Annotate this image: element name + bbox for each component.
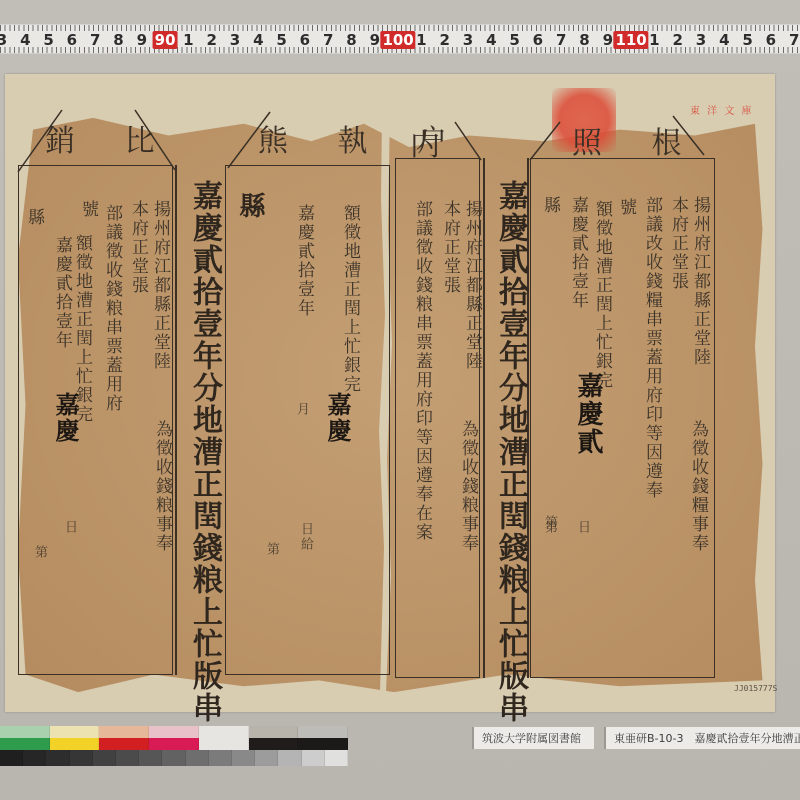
left-line-7: 嘉慶貳拾壹年	[50, 236, 75, 350]
left-line-1: 揚州府江都縣正堂陸	[148, 200, 173, 371]
left-ink-stamp: 嘉慶	[48, 392, 83, 444]
left-line-5: 號	[76, 200, 101, 219]
serial-number: JJ015777S	[734, 684, 777, 693]
color-swatch	[99, 738, 149, 750]
color-swatch	[149, 726, 199, 738]
color-swatch	[99, 726, 149, 738]
color-swatch	[199, 726, 249, 738]
right-line-2: 本府正堂張	[666, 196, 691, 291]
color-swatch	[298, 738, 348, 750]
heading-right: 照 根	[572, 118, 702, 162]
mid-line-3: 部議徵收錢粮串票蓋用府印等因遵奉在案	[410, 200, 435, 542]
color-swatch	[298, 726, 348, 738]
color-swatch	[93, 750, 116, 766]
right-line-1: 揚州府江都縣正堂陸	[688, 196, 713, 367]
photo-background: 3456789901234567891001234567891101234567…	[0, 0, 800, 800]
receipt-main-text: 嘉慶貳拾壹年分地漕正閏錢粮上忙版串	[488, 180, 532, 724]
color-swatch	[325, 750, 348, 766]
color-row-pastel	[0, 726, 348, 738]
hh-line-2: 嘉慶貳拾壹年	[292, 204, 317, 318]
household-main-text: 嘉慶貳拾壹年分地漕正閏錢粮上忙版串	[182, 180, 226, 724]
color-swatch	[149, 738, 199, 750]
hh-line-5: 日給	[296, 522, 315, 552]
color-swatch	[23, 750, 46, 766]
color-swatch	[139, 750, 162, 766]
left-line-2: 本府正堂張	[126, 200, 151, 295]
color-swatch	[50, 726, 100, 738]
right-line-3: 部議改收錢糧串票蓋用府印等因遵奉	[640, 196, 665, 500]
color-swatch	[116, 750, 139, 766]
mid-line-1: 揚州府江都縣正堂陸	[460, 200, 485, 371]
right-line-9: 日	[573, 520, 592, 535]
hh-line-3: 額徵地漕正閏上忙銀完	[338, 204, 363, 394]
color-swatch	[0, 750, 23, 766]
color-row-saturated	[0, 738, 348, 750]
hh-ink-stamp: 嘉慶	[320, 392, 355, 444]
color-swatch	[302, 750, 325, 766]
hh-line-6: 第	[262, 542, 281, 557]
mid-line-4: 為徵收錢粮事奉	[456, 420, 481, 553]
left-line-3: 部議徵收錢粮串票蓋用府	[100, 204, 125, 413]
color-swatch	[46, 750, 69, 766]
left-line-9: 日	[60, 520, 79, 535]
color-swatch	[209, 750, 232, 766]
right-line-6: 額徵地漕正閏上忙銀完	[590, 200, 615, 390]
color-swatch	[249, 726, 299, 738]
color-swatch	[199, 738, 249, 750]
heading-middle-right: 内	[410, 120, 460, 164]
color-swatch	[0, 726, 50, 738]
color-swatch	[249, 738, 299, 750]
right-ink-stamp: 嘉慶貳	[570, 372, 607, 456]
left-line-8: 縣	[22, 208, 47, 227]
catalog-label: 東亜研B-10-3 嘉慶貳拾壹年分地漕正閏錢粮	[604, 727, 800, 749]
color-swatch	[0, 738, 50, 750]
color-swatch	[255, 750, 278, 766]
hh-line-1: 縣	[232, 192, 269, 220]
left-line-4: 為徵收錢粮事奉	[150, 420, 175, 553]
color-swatch	[50, 738, 100, 750]
color-swatch	[186, 750, 209, 766]
right-line-5: 號	[614, 198, 639, 217]
heading-left: 銷 比	[45, 116, 175, 160]
color-calibration-chart	[0, 726, 348, 774]
left-line-10: 第	[30, 545, 49, 560]
color-swatch	[162, 750, 185, 766]
right-line-8: 縣	[538, 196, 563, 215]
hh-line-4: 月	[292, 402, 311, 417]
color-swatch	[70, 750, 93, 766]
mid-line-5: 第	[540, 520, 559, 535]
institution-label: 筑波大学附属図書館	[472, 727, 594, 749]
right-line-7: 嘉慶貳拾壹年	[566, 196, 591, 310]
color-swatch	[278, 750, 301, 766]
gray-scale-row	[0, 750, 348, 766]
color-swatch	[232, 750, 255, 766]
right-line-4: 為徵收錢糧事奉	[686, 420, 711, 553]
mid-line-2: 本府正堂張	[438, 200, 463, 295]
